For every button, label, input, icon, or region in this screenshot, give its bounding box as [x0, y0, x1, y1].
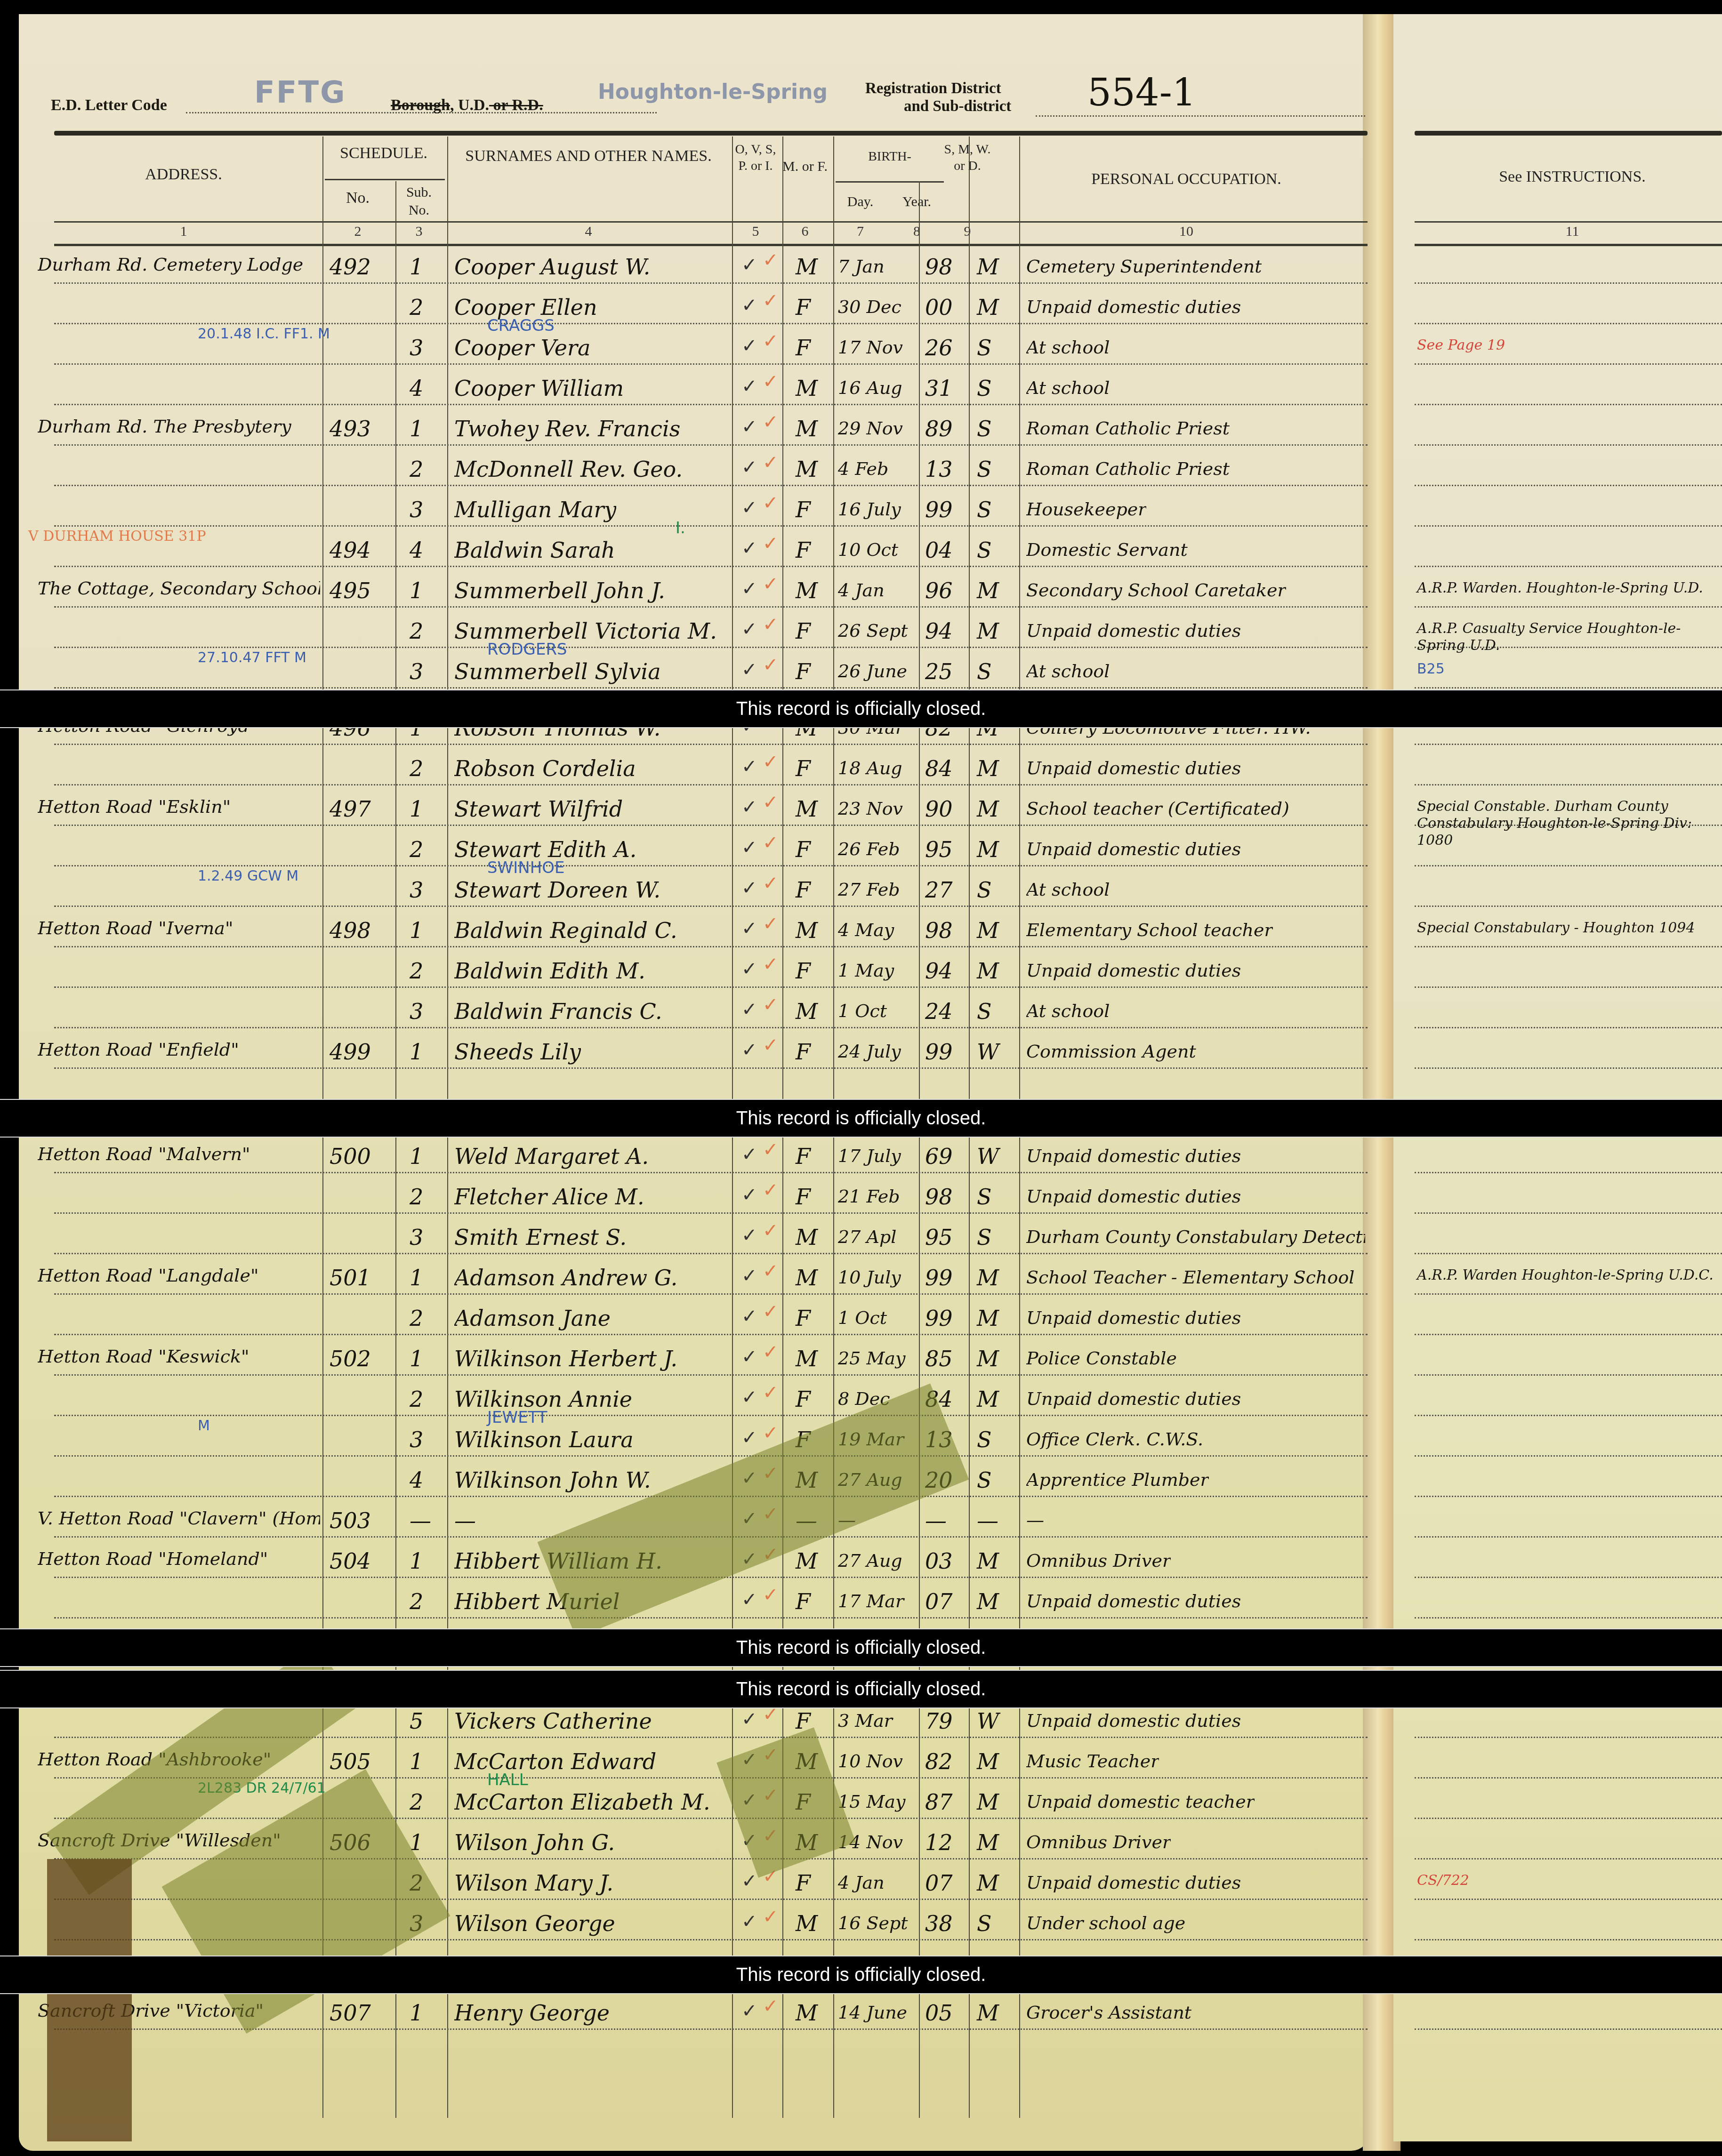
sub-number: 2 [410, 618, 423, 644]
check-mark-icon: ✓ [741, 578, 757, 600]
marital-status: W [977, 1708, 999, 1734]
address-annotation: 27.10.47 FFT M [198, 649, 306, 666]
occupation-cell: Elementary School teacher [1026, 920, 1273, 940]
check-mark-icon: ✓ [763, 832, 779, 854]
marital-status: S [977, 1911, 992, 1936]
remarks-cell: A.R.P. Casualty Service Houghton-le-Spri… [1417, 620, 1718, 654]
marital-status: M [977, 1749, 999, 1774]
address-cell: V. Hetton Road "Clavern" (Homeland struc… [38, 1508, 320, 1529]
col-birth-day: Day. [833, 193, 887, 211]
birth-year: 38 [925, 1911, 953, 1936]
marital-status: S [977, 1225, 992, 1250]
sub-number: 2 [410, 756, 423, 781]
birth-year: 31 [925, 376, 953, 401]
register-right-page [1393, 14, 1722, 2141]
check-mark-icon: ✓ [763, 1260, 779, 1282]
marital-status: S [977, 537, 992, 563]
marital-status: M [977, 1387, 999, 1412]
marital-status: M [977, 1789, 999, 1815]
birth-year: 89 [925, 416, 953, 441]
sex-cell: F [796, 1184, 811, 1210]
name-cell: Baldwin Edith M. [454, 958, 645, 984]
ed-letter-code-label: E.D. Letter Code [51, 96, 167, 114]
occupation-cell: Apprentice Plumber [1026, 1469, 1209, 1490]
birth-day: 17 Mar [838, 1591, 904, 1611]
sub-number: 3 [410, 999, 423, 1024]
sub-number: 1 [410, 918, 423, 943]
occupation-cell: School Teacher - Elementary School [1026, 1267, 1354, 1288]
marital-status: M [977, 1589, 999, 1614]
check-mark-icon: ✓ [741, 796, 757, 818]
sub-number: 4 [410, 376, 423, 401]
sex-cell: F [796, 659, 811, 684]
remarks-cell: A.R.P. Warden Houghton-le-Spring U.D.C. [1417, 1267, 1714, 1284]
check-mark-icon: ✓ [741, 1870, 757, 1892]
sex-cell: F [796, 1387, 811, 1412]
birth-year: 82 [925, 1749, 953, 1774]
name-cell: Wilson John G. [454, 1830, 615, 1855]
col-schedule-no: No. [322, 188, 393, 208]
marital-status: M [977, 1346, 999, 1371]
birth-year: 96 [925, 578, 953, 603]
col-schedule-group: SCHEDULE. [322, 144, 445, 164]
birth-year: 25 [925, 659, 953, 684]
sex-cell: M [796, 376, 818, 401]
check-mark-icon: ✓ [741, 335, 757, 357]
occupation-cell: Housekeeper [1026, 499, 1146, 520]
occupation-cell: Music Teacher [1026, 1751, 1159, 1771]
birth-day: 4 Feb [838, 458, 888, 479]
marital-status: — [977, 1508, 998, 1533]
schedule-number: 495 [330, 578, 371, 603]
check-mark-icon: ✓ [763, 330, 779, 352]
marital-status: S [977, 376, 992, 401]
occupation-cell: Unpaid domestic duties [1026, 839, 1241, 859]
check-mark-icon: ✓ [763, 1220, 779, 1242]
birth-day: 21 Feb [838, 1186, 900, 1207]
name-cell: Twohey Rev. Francis [454, 416, 680, 441]
birth-day: 16 Sept [838, 1913, 908, 1933]
birth-year: 99 [925, 1306, 953, 1331]
birth-year: 69 [925, 1144, 953, 1169]
check-mark-icon: ✓ [763, 1301, 779, 1322]
name-cell: Cooper William [454, 376, 624, 401]
birth-day: 23 Nov [838, 798, 903, 819]
occupation-cell: Unpaid domestic duties [1026, 960, 1241, 981]
sex-cell: M [796, 1548, 818, 1574]
birth-day: 1 Oct [838, 1307, 887, 1328]
birth-day: 27 Apl [838, 1226, 896, 1247]
header-rule [54, 131, 1368, 136]
birth-day: 1 May [838, 960, 894, 981]
address-annotation: M [198, 1418, 210, 1434]
marital-status: S [977, 416, 992, 441]
occupation-cell: Omnibus Driver [1026, 1832, 1171, 1852]
marital-status: M [977, 918, 999, 943]
sex-cell: F [796, 295, 811, 320]
birth-year: 00 [925, 295, 953, 320]
birth-year: 85 [925, 1346, 953, 1371]
sex-cell: F [796, 1306, 811, 1331]
check-mark-icon: ✓ [741, 1039, 757, 1061]
marital-status: M [977, 618, 999, 644]
remarks-cell: CS/722 [1417, 1872, 1469, 1889]
name-cell: Stewart Wilfrid [454, 796, 623, 822]
marital-status: M [977, 837, 999, 862]
occupation-cell: Unpaid domestic teacher [1026, 1791, 1255, 1812]
closed-record-redaction: This record is officially closed. [0, 1670, 1722, 1708]
check-mark-icon: ✓ [741, 999, 757, 1020]
check-mark-icon: ✓ [763, 994, 779, 1016]
name-cell: Vickers Catherine [454, 1708, 652, 1734]
sub-number: 1 [410, 1749, 423, 1774]
sex-cell: F [796, 958, 811, 984]
marital-status: M [977, 756, 999, 781]
sub-number: 3 [410, 877, 423, 903]
name-cell: McCarton Elizabeth M. [454, 1789, 710, 1815]
birth-year: 87 [925, 1789, 953, 1815]
remarks-cell: Special Constabulary - Houghton 1094 [1417, 920, 1695, 937]
name-cell: Cooper August W. [454, 254, 650, 280]
check-mark-icon: ✓ [741, 659, 757, 681]
occupation-cell: Roman Catholic Priest [1026, 458, 1230, 479]
check-mark-icon: ✓ [741, 376, 757, 397]
name-cell: Summerbell John J. [454, 578, 665, 603]
marital-status: S [977, 457, 992, 482]
address-annotation: V DURHAM HOUSE 31P [28, 528, 206, 545]
sub-number: 3 [410, 1427, 423, 1452]
sex-cell: F [796, 837, 811, 862]
name-cell: Wilson Mary J. [454, 1870, 613, 1896]
check-mark-icon: ✓ [741, 1346, 757, 1368]
check-mark-icon: ✓ [741, 457, 757, 478]
sex-cell: M [796, 2000, 818, 2026]
check-mark-icon: ✓ [763, 792, 779, 813]
name-cell: Baldwin Francis C. [454, 999, 662, 1024]
birth-year: 98 [925, 1184, 953, 1210]
check-mark-icon: ✓ [763, 1034, 779, 1056]
birth-day: 15 May [838, 1791, 905, 1812]
check-mark-icon: ✓ [741, 756, 757, 777]
sex-cell: M [796, 1346, 818, 1371]
check-mark-icon: ✓ [741, 1306, 757, 1327]
address-annotation: 1.2.49 GCW M [198, 868, 298, 884]
occupation-cell: Unpaid domestic duties [1026, 297, 1241, 317]
sub-number: 2 [410, 1184, 423, 1210]
marital-status: M [977, 254, 999, 280]
sub-number: 4 [410, 1467, 423, 1493]
sex-cell: F [796, 1039, 811, 1065]
birth-day: 24 July [838, 1041, 901, 1062]
schedule-number: 493 [330, 416, 371, 441]
birth-day: 26 June [838, 661, 907, 681]
check-mark-icon: ✓ [763, 533, 779, 554]
check-mark-icon: ✓ [741, 2000, 757, 2022]
address-cell: Hetton Road "Keswick" [38, 1346, 249, 1367]
borough-label: Borough, U.D. or R.D. [391, 96, 543, 114]
check-mark-icon: ✓ [741, 837, 757, 858]
col-occupation: PERSONAL OCCUPATION. [1022, 169, 1351, 190]
check-mark-icon: ✓ [763, 751, 779, 773]
registration-district-label: Registration District [865, 80, 1001, 97]
birth-day: 29 Nov [838, 418, 903, 439]
check-mark-icon: ✓ [763, 1382, 779, 1403]
sex-cell: M [796, 796, 818, 822]
birth-day: 26 Sept [838, 620, 908, 641]
name-cell: Smith Ernest S. [454, 1225, 627, 1250]
name-annotation: RODGERS [487, 640, 567, 659]
occupation-cell: Durham County Constabulary Detective Ser… [1026, 1226, 1365, 1247]
sub-number: 2 [410, 457, 423, 482]
address-cell: Hetton Road "Iverna" [38, 918, 233, 938]
check-mark-icon: ✓ [741, 877, 757, 899]
birth-year: — [925, 1508, 947, 1533]
sex-cell: M [796, 918, 818, 943]
birth-day: 16 July [838, 499, 901, 520]
birth-year: 26 [925, 335, 953, 361]
closed-record-redaction: This record is officially closed. [0, 1956, 1722, 1994]
check-mark-icon: ✓ [763, 614, 779, 635]
marital-status: S [977, 1467, 992, 1493]
birth-day: 7 Jan [838, 256, 885, 277]
name-cell: Sheeds Lily [454, 1039, 581, 1065]
check-mark-icon: ✓ [741, 254, 757, 276]
occupation-cell: Unpaid domestic duties [1026, 1710, 1241, 1731]
sub-number: 1 [410, 254, 423, 280]
sex-cell: M [796, 999, 818, 1024]
birth-year: 03 [925, 1548, 953, 1574]
marital-status: M [977, 1265, 999, 1290]
name-cell: Henry George [454, 2000, 610, 2026]
sub-number: 4 [410, 537, 423, 563]
check-mark-icon: ✓ [763, 1139, 779, 1161]
borough-stamp: Houghton-le-Spring [598, 80, 828, 104]
sub-number: 1 [410, 1548, 423, 1574]
check-mark-icon: ✓ [741, 618, 757, 640]
occupation-cell: Unpaid domestic duties [1026, 1388, 1241, 1409]
ed-letter-code-stamp: FFTG [254, 75, 346, 110]
occupation-cell: At school [1026, 879, 1110, 900]
closed-record-redaction: This record is officially closed. [0, 689, 1722, 728]
schedule-number: 504 [330, 1548, 371, 1574]
col-names: SURNAMES AND OTHER NAMES. [452, 144, 725, 169]
check-mark-icon: ✓ [763, 913, 779, 935]
check-mark-icon: ✓ [741, 1427, 757, 1449]
check-mark-icon: ✓ [741, 1225, 757, 1246]
birth-year: 98 [925, 254, 953, 280]
name-cell: Fletcher Alice M. [454, 1184, 644, 1210]
check-mark-icon: ✓ [741, 1144, 757, 1165]
name-cell: Wilkinson John W. [454, 1467, 651, 1493]
birth-day: 16 Aug [838, 377, 902, 398]
marital-status: M [977, 2000, 999, 2026]
sex-cell: F [796, 1589, 811, 1614]
marital-status: S [977, 877, 992, 903]
check-mark-icon: ✓ [763, 1906, 779, 1928]
check-mark-icon: ✓ [741, 1589, 757, 1611]
address-cell: Hetton Road "Esklin" [38, 796, 231, 817]
schedule-number: 507 [330, 2000, 371, 2026]
name-cell: Robson Cordelia [454, 756, 636, 781]
sub-number: 1 [410, 416, 423, 441]
sub-number: 1 [410, 2000, 423, 2026]
birth-day: 4 Jan [838, 1872, 885, 1893]
sub-number: 1 [410, 578, 423, 603]
birth-year: 99 [925, 1265, 953, 1290]
schedule-number: 498 [330, 918, 371, 943]
birth-day: 17 Nov [838, 337, 903, 358]
closed-record-redaction: This record is officially closed. [0, 1099, 1722, 1138]
occupation-cell: Secondary School Caretaker [1026, 580, 1286, 601]
birth-day: 17 July [838, 1146, 901, 1166]
sex-cell: F [796, 335, 811, 361]
occupation-cell: Office Clerk. C.W.S. [1026, 1429, 1203, 1450]
name-cell: Adamson Andrew G. [454, 1265, 678, 1290]
col-marital: S, M, W. or D. [944, 141, 991, 174]
birth-year: 99 [925, 497, 953, 522]
check-mark-icon: ✓ [741, 1265, 757, 1287]
occupation-cell: Roman Catholic Priest [1026, 418, 1230, 439]
occupation-cell: Police Constable [1026, 1348, 1177, 1369]
schedule-number: 492 [330, 254, 371, 280]
occupation-cell: Omnibus Driver [1026, 1550, 1171, 1571]
occupation-cell: Cemetery Superintendent [1026, 256, 1262, 277]
birth-day: 4 May [838, 920, 894, 940]
birth-year: 07 [925, 1589, 953, 1614]
address-cell: Hetton Road "Enfield" [38, 1039, 239, 1060]
occupation-cell: Unpaid domestic duties [1026, 758, 1241, 778]
sub-number: 2 [410, 295, 423, 320]
col-ovspi: O, V, S, P. or I. [732, 141, 779, 174]
schedule-number: 500 [330, 1144, 371, 1169]
marital-status: S [977, 999, 992, 1024]
birth-year: 98 [925, 918, 953, 943]
check-mark-icon: ✓ [741, 1708, 757, 1730]
occupation-cell: Unpaid domestic duties [1026, 1146, 1241, 1166]
check-mark-icon: ✓ [763, 1341, 779, 1363]
tape-stain [47, 1859, 132, 2141]
sub-number: 5 [410, 1708, 423, 1734]
schedule-number: 497 [330, 796, 371, 822]
birth-year: 12 [925, 1830, 953, 1855]
sex-cell: F [796, 497, 811, 522]
birth-day: 25 May [838, 1348, 905, 1369]
birth-day: 1 Oct [838, 1001, 887, 1021]
marital-status: W [977, 1039, 999, 1065]
birth-day: 18 Aug [838, 758, 902, 778]
check-mark-icon: ✓ [763, 1179, 779, 1201]
occupation-cell: At school [1026, 1001, 1110, 1021]
check-mark-icon: ✓ [763, 249, 779, 271]
col-address: ADDRESS. [56, 165, 311, 185]
name-cell: McDonnell Rev. Geo. [454, 457, 683, 482]
sub-number: 1 [410, 1265, 423, 1290]
name-cell: Wilson George [454, 1911, 615, 1936]
address-cell: Durham Rd. The Presbytery [38, 416, 291, 437]
marital-status: M [977, 958, 999, 984]
check-mark-icon: ✓ [741, 416, 757, 438]
address-annotation: 20.1.48 I.C. FF1. M [198, 326, 330, 342]
sub-number: 3 [410, 659, 423, 684]
check-mark-icon: ✓ [741, 958, 757, 980]
remarks-cell: See Page 19 [1417, 337, 1505, 354]
name-annotation: HALL [487, 1771, 528, 1789]
birth-year: 99 [925, 1039, 953, 1065]
sex-cell: M [796, 1265, 818, 1290]
sex-cell: F [796, 756, 811, 781]
sex-cell: M [796, 254, 818, 280]
table-row [0, 994, 1370, 1034]
name-annotation: CRAGGS [487, 316, 555, 335]
marital-status: M [977, 1306, 999, 1331]
registration-district-value: 554-1 [1087, 71, 1196, 114]
sex-cell: F [796, 1144, 811, 1169]
name-annotation: JEWETT [487, 1408, 547, 1427]
occupation-cell: School teacher (Certificated) [1026, 798, 1289, 819]
address-cell: The Cottage, Secondary School [38, 578, 320, 599]
sex-cell: M [796, 1911, 818, 1936]
remarks-cell: Special Constable. Durham County Constab… [1417, 798, 1718, 849]
birth-year: 07 [925, 1870, 953, 1896]
sub-number: 3 [410, 335, 423, 361]
remarks-cell: B25 [1417, 661, 1445, 678]
birth-year: 04 [925, 537, 953, 563]
occupation-cell: Unpaid domestic duties [1026, 1186, 1241, 1207]
sex-cell: M [796, 578, 818, 603]
col-sub-no: Sub. No. [395, 184, 443, 219]
sub-number: 2 [410, 1306, 423, 1331]
col-birth-year: Year. [890, 193, 944, 211]
check-mark-icon: ✓ [763, 873, 779, 894]
name-cell: Mulligan Mary [454, 497, 616, 522]
address-cell: Hetton Road "Langdale" [38, 1265, 258, 1286]
col-sex: M. or F. [781, 158, 829, 176]
occupation-cell: Unpaid domestic duties [1026, 1307, 1241, 1328]
name-annotation: SWINHOE [487, 858, 564, 877]
sex-cell: F [796, 537, 811, 563]
check-mark-icon: ✓ [741, 537, 757, 559]
sex-cell: F [796, 618, 811, 644]
occupation-cell: Domestic Servant [1026, 539, 1188, 560]
birth-year: 95 [925, 837, 953, 862]
marital-status: S [977, 659, 992, 684]
birth-year: 27 [925, 877, 953, 903]
occupation-cell: At school [1026, 661, 1110, 681]
remarks-cell: A.R.P. Warden. Houghton-le-Spring U.D. [1417, 580, 1703, 597]
birth-year: 05 [925, 2000, 953, 2026]
sub-number: — [410, 1508, 431, 1533]
name-cell: Weld Margaret A. [454, 1144, 649, 1169]
sex-cell: M [796, 416, 818, 441]
occupation-cell: Unpaid domestic duties [1026, 1591, 1241, 1611]
birth-day: 26 Feb [838, 839, 900, 859]
address-cell: Durham Rd. Cemetery Lodge [38, 254, 303, 275]
birth-year: 94 [925, 958, 953, 984]
marital-status: S [977, 335, 992, 361]
birth-day: 4 Jan [838, 580, 885, 601]
birth-day: 27 Feb [838, 879, 900, 900]
check-mark-icon: ✓ [763, 573, 779, 595]
name-annotation: I. [676, 519, 685, 537]
marital-status: M [977, 1548, 999, 1574]
occupation-cell: Unpaid domestic duties [1026, 620, 1241, 641]
birth-day: 27 Aug [838, 1550, 902, 1571]
occupation-cell: Commission Agent [1026, 1041, 1196, 1062]
sub-number: 2 [410, 837, 423, 862]
check-mark-icon: ✓ [763, 290, 779, 312]
occupation-cell: At school [1026, 377, 1110, 398]
sub-number: 1 [410, 1346, 423, 1371]
